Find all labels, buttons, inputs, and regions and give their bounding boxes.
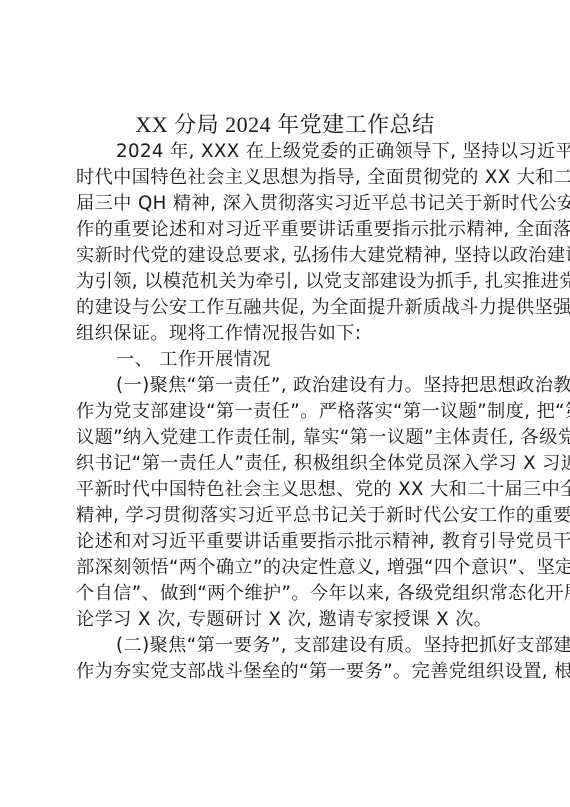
paragraph-line: 作的重要论述和对习近平重要讲话重要指示批示精神, 全面落 [76,217,500,243]
section-heading: 一、 工作开展情况 [116,347,540,373]
paragraph-line: 部深刻领悟“两个确立”的决定性意义, 增强“四个意识”、坚定“四 [76,555,500,581]
paragraph-line: 2024 年, XXX 在上级党委的正确领导下, 坚持以习近平新 [116,139,500,165]
paragraph-line: 作为夯实党支部战斗堡垒的“第一要务”。完善党组织设置, 根据 [76,659,500,685]
paragraph-line: 作为党支部建设“第一责任”。严格落实“第一议题”制度, 把“第一 [76,399,500,425]
paragraph-line: 论述和对习近平重要讲话重要指示批示精神, 教育引导党员干 [76,529,500,555]
paragraph-line: (二)聚焦“第一要务”, 支部建设有质。坚持把抓好支部建设 [116,633,500,659]
paragraph-line: 精神, 学习贯彻落实习近平总书记关于新时代公安工作的重要 [76,503,500,529]
paragraph-line: 届三中 QH 精神, 深入贯彻落实习近平总书记关于新时代公安工 [76,191,500,217]
paragraph-line: 议题”纳入党建工作责任制, 靠实“第一议题”主体责任, 各级党组 [76,425,500,451]
paragraph-line: 平新时代中国特色社会主义思想、党的 XX 大和二十届三中全会 [76,477,500,503]
document-page: XX 分局 2024 年党建工作总结 2024 年, XXX 在上级党委的正确领… [0,0,570,807]
paragraph-line: 时代中国特色社会主义思想为指导, 全面贯彻党的 XX 大和二十 [76,165,500,191]
paragraph-line: 为引领, 以模范机关为牵引, 以党支部建设为抓手, 扎实推进党 [76,269,500,295]
paragraph-line: 个自信”、做到“两个维护”。今年以来, 各级党组织常态化开展理 [76,581,500,607]
paragraph-line: 织书记“第一责任人”责任, 积极组织全体党员深入学习 X 习近 [76,451,500,477]
paragraph-line: (一)聚焦“第一责任”, 政治建设有力。坚持把思想政治教育 [116,373,500,399]
document-title: XX 分局 2024 年党建工作总结 [0,108,570,139]
paragraph-line: 实新时代党的建设总要求, 弘扬伟大建党精神, 坚持以政治建设 [76,243,500,269]
paragraph-line: 组织保证。现将工作情况报告如下: [76,321,500,347]
paragraph-line: 论学习 X 次, 专题研讨 X 次, 邀请专家授课 X 次。 [76,607,500,633]
paragraph-line: 的建设与公安工作互融共促, 为全面提升新质战斗力提供坚强 [76,295,500,321]
